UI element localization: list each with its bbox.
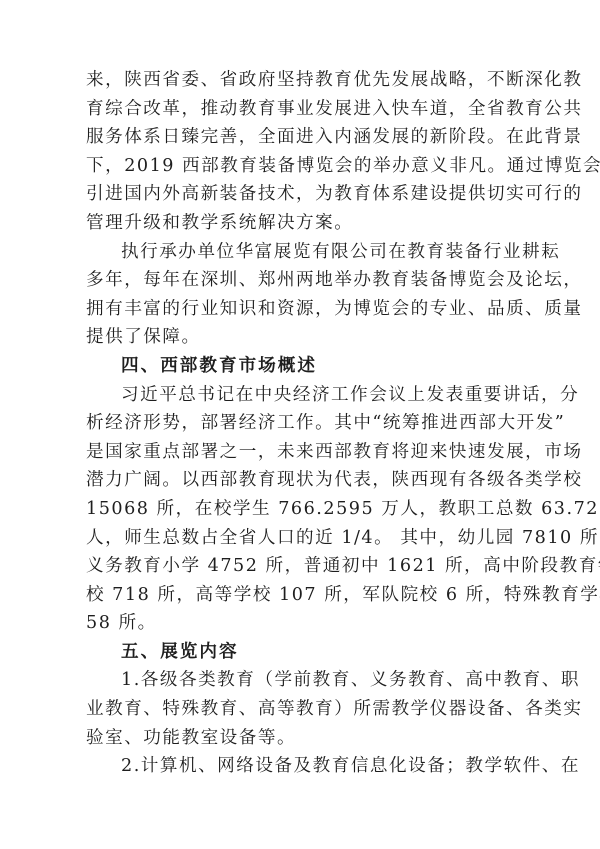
text-line: 管理升级和教学系统解决方案。: [86, 209, 510, 238]
text-line: 校 718 所，高等学校 107 所，军队院校 6 所，特殊教育学校: [86, 581, 510, 610]
section-heading-western-market: 四、西部教育市场概述: [86, 352, 510, 381]
text-line: 服务体系日臻完善，全面进入内涵发展的新阶段。在此背景: [86, 123, 510, 152]
paragraph-market-overview: 习近平总书记在中央经济工作会议上发表重要讲话，分 析经济形势，部署经济工作。其中…: [86, 381, 510, 638]
text-line: 引进国内外高新装备技术，为教育体系建设提供切实可行的: [86, 180, 510, 209]
section-heading-exhibition-content: 五、展览内容: [86, 638, 510, 667]
text-line: 下，2019 西部教育装备博览会的举办意义非凡。通过博览会，: [86, 152, 510, 181]
document-page: 来，陕西省委、省政府坚持教育优先发展战略，不断深化教 育综合改革，推动教育事业发…: [86, 66, 510, 781]
text-line: 15068 所，在校学生 766.2595 万人，教职工总数 63.7223 万: [86, 495, 510, 524]
text-line: 习近平总书记在中央经济工作会议上发表重要讲话，分: [86, 381, 510, 410]
paragraph-organizer: 执行承办单位华富展览有限公司在教育装备行业耕耘 多年，每年在深圳、郑州两地举办教…: [86, 238, 510, 352]
text-line: 拥有丰富的行业知识和资源，为博览会的专业、品质、质量: [86, 295, 510, 324]
text-line: 来，陕西省委、省政府坚持教育优先发展战略，不断深化教: [86, 66, 510, 95]
text-line: 义务教育小学 4752 所，普通初中 1621 所，高中阶段教育学: [86, 552, 510, 581]
text-line: 1.各级各类教育（学前教育、义务教育、高中教育、职: [86, 666, 510, 695]
text-line: 业教育、特殊教育、高等教育）所需教学仪器设备、各类实: [86, 695, 510, 724]
text-line: 是国家重点部署之一，未来西部教育将迎来快速发展，市场: [86, 438, 510, 467]
text-line: 58 所。: [86, 609, 510, 638]
text-line: 提供了保障。: [86, 323, 510, 352]
text-line: 执行承办单位华富展览有限公司在教育装备行业耕耘: [86, 238, 510, 267]
text-line: 析经济形势，部署经济工作。其中“统筹推进西部大开发”: [86, 409, 510, 438]
paragraph-intro-continuation: 来，陕西省委、省政府坚持教育优先发展战略，不断深化教 育综合改革，推动教育事业发…: [86, 66, 510, 238]
text-line: 潜力广阔。以西部教育现状为代表，陕西现有各级各类学校: [86, 466, 510, 495]
text-line: 验室、功能教室设备等。: [86, 724, 510, 753]
list-item-1: 1.各级各类教育（学前教育、义务教育、高中教育、职 业教育、特殊教育、高等教育）…: [86, 666, 510, 752]
list-item-2: 2.计算机、网络设备及教育信息化设备；教学软件、在: [86, 752, 510, 781]
text-line: 多年，每年在深圳、郑州两地举办教育装备博览会及论坛，: [86, 266, 510, 295]
text-line: 育综合改革，推动教育事业发展进入快车道，全省教育公共: [86, 95, 510, 124]
text-line: 2.计算机、网络设备及教育信息化设备；教学软件、在: [86, 752, 510, 781]
text-line: 人，师生总数占全省人口的近 1/4。 其中，幼儿园 7810 所，: [86, 524, 510, 553]
